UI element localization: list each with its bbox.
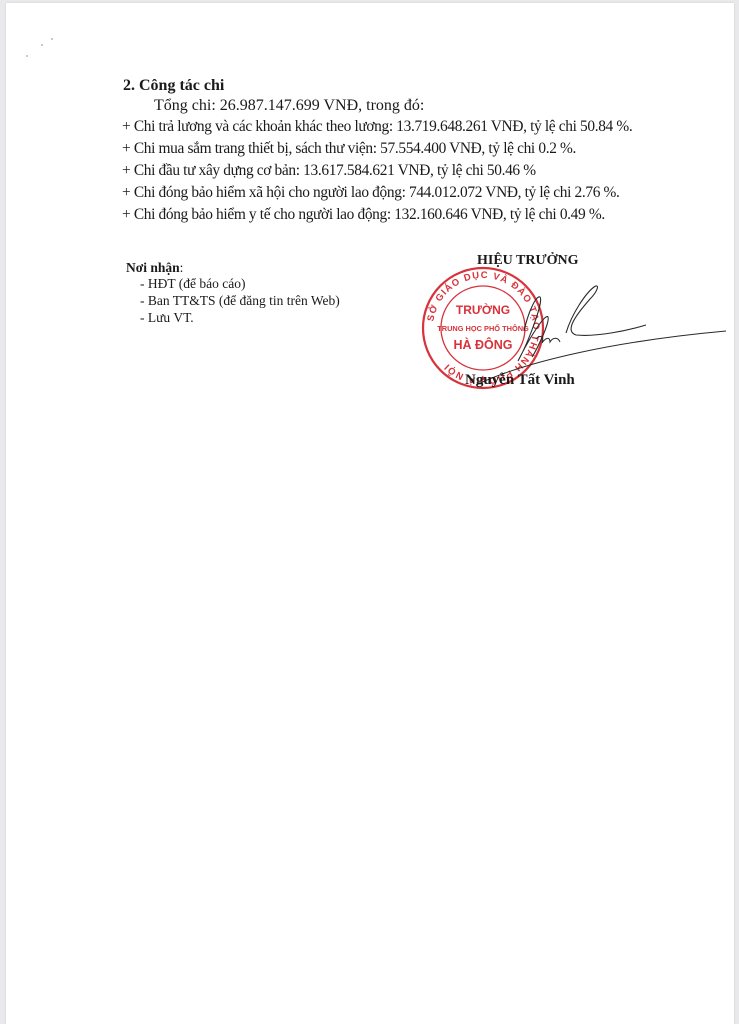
total-expense-line: Tổng chi: 26.987.147.699 VNĐ, trong đó: xyxy=(154,97,424,115)
expense-item-social-insurance: + Chi đóng bảo hiểm xã hội cho người lao… xyxy=(122,184,620,202)
recipients-colon: : xyxy=(180,260,184,275)
recipient-item: - Ban TT&TS (để đăng tin trên Web) xyxy=(140,293,340,309)
recipients-title: Nơi nhận: xyxy=(126,260,183,276)
recipients-title-text: Nơi nhận xyxy=(126,260,180,275)
expense-item-construction: + Chi đầu tư xây dựng cơ bản: 13.617.584… xyxy=(122,162,536,180)
expense-item-health-insurance: + Chi đóng bảo hiểm y tế cho người lao đ… xyxy=(122,206,605,224)
expense-item-salary: + Chi trả lương và các khoản khác theo l… xyxy=(122,118,632,136)
recipient-item: - HĐT (để báo cáo) xyxy=(140,276,245,292)
expense-item-equipment: + Chi mua sắm trang thiết bị, sách thư v… xyxy=(122,140,576,158)
recipient-item: - Lưu VT. xyxy=(140,310,194,326)
section-title: 2. Công tác chi xyxy=(123,77,224,95)
signer-name: Nguyễn Tất Vinh xyxy=(465,372,575,389)
document-page: 2. Công tác chi Tổng chi: 26.987.147.699… xyxy=(6,3,734,1024)
